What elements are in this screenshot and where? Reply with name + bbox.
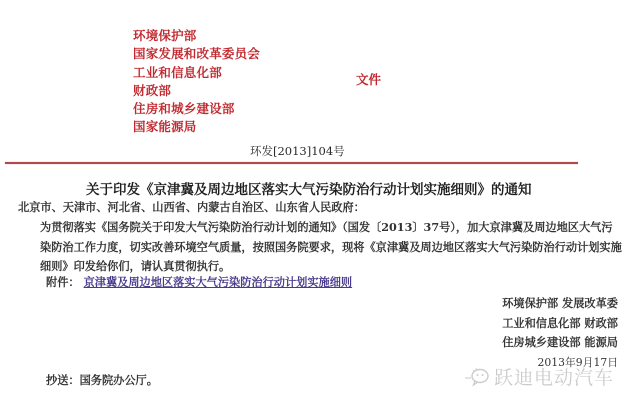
- body-paragraph: 为贯彻落实《国务院关于印发大气污染防治行动计划的通知》（国发〔2013〕37号）…: [18, 218, 623, 277]
- signatories-block: 环境保护部 发展改革委 工业和信息化部 财政部 住房城乡建设部 能源局 2013…: [502, 294, 618, 372]
- issuer-name: 工业和信息化部: [133, 64, 260, 82]
- notice-body: 为贯彻落实《国务院关于印发大气污染防治行动计划的通知》（国发〔2013〕37号）…: [18, 218, 623, 277]
- document-number: 环发[2013]104号: [250, 143, 345, 159]
- notice-title: 关于印发《京津冀及周边地区落实大气污染防治行动计划实施细则》的通知: [86, 178, 532, 198]
- wechat-icon: [464, 366, 490, 388]
- issuer-name: 住房和城乡建设部: [133, 100, 260, 118]
- attachment-link[interactable]: 京津冀及周边地区落实大气污染防治行动计划实施细则: [84, 275, 353, 289]
- watermark: 跃迪电动汽车: [464, 363, 614, 390]
- attachment-line: 附件：京津冀及周边地区落实大气污染防治行动计划实施细则: [46, 274, 352, 290]
- carbon-copy-line: 抄送：国务院办公厅。: [46, 372, 158, 388]
- issuer-name: 环境保护部: [133, 27, 260, 45]
- issuer-name: 国家发展和改革委员会: [133, 45, 260, 63]
- signatory-line: 工业和信息化部 财政部: [502, 314, 618, 334]
- issuing-authorities: 环境保护部 国家发展和改革委员会 工业和信息化部 财政部 住房和城乡建设部 国家…: [133, 27, 260, 137]
- watermark-text: 跃迪电动汽车: [494, 363, 614, 390]
- issuer-name: 财政部: [133, 82, 260, 100]
- red-divider-line: [5, 162, 578, 164]
- signatory-line: 环境保护部 发展改革委: [502, 294, 618, 314]
- document-type-label: 文件: [356, 70, 381, 88]
- salutation-recipients: 北京市、天津市、河北省、山西省、内蒙古自治区、山东省人民政府：: [18, 199, 365, 215]
- attachment-label: 附件：: [46, 275, 80, 289]
- issuer-name: 国家能源局: [133, 118, 260, 136]
- signatory-line: 住房城乡建设部 能源局: [502, 333, 618, 353]
